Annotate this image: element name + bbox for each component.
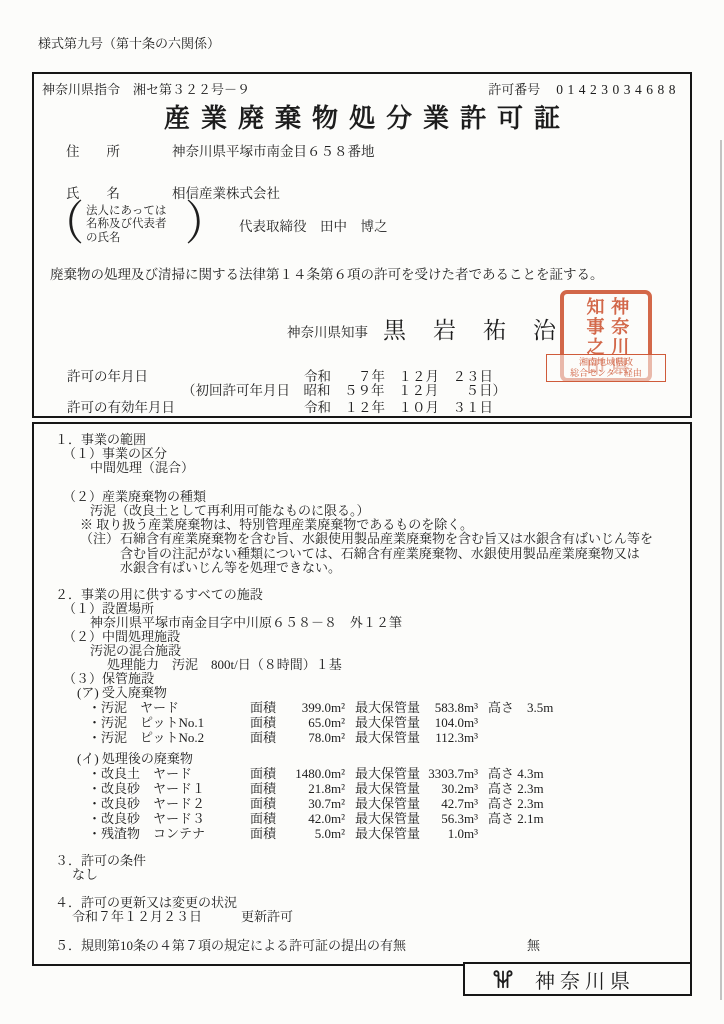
certification-statement: 廃棄物の処理及び清掃に関する法律第１４条第６項の許可を受けた者であることを証する…	[50, 263, 604, 283]
storage-row: ・改良砂 ヤード３ 面積 42.0m² 最大保管量 56.3m³ 高さ 2.1m	[34, 811, 690, 826]
permit-number-value: 01423034688	[556, 82, 680, 98]
routing-stamp-line: 総合センター経由	[548, 368, 664, 379]
area-value: 1480.0m²	[290, 766, 345, 781]
section5-heading: ５．規則第10条の４第７項の規定による許可証の提出の有無	[55, 939, 406, 953]
expiry-date-row: 許可の有効年月日 令和 １２年 １０月 ３１日	[67, 396, 493, 416]
area-value: 65.0m²	[290, 715, 345, 730]
height-value: 高さ 3.5m	[478, 700, 690, 715]
details-box: １．事業の範囲 （１）事業の区分 中間処理（混合） （２）産業廃棄物の種類 汚泥…	[32, 422, 692, 966]
note-line: 石綿含有産業廃棄物を含む旨、水銀使用製品産業廃棄物を含む旨又は水銀含有ばいじん等…	[120, 532, 653, 547]
capacity-label: 最大保管量	[345, 826, 420, 841]
capacity-value: 3303.7m³	[420, 766, 478, 781]
area-label: 面積	[250, 826, 290, 841]
capacity-value: 42.7m³	[420, 796, 478, 811]
note-label: （注）	[80, 532, 120, 576]
storage-name: ・汚泥 ピットNo.2	[88, 730, 250, 745]
storage-row: ・汚泥 ヤード 面積 399.0m² 最大保管量 583.8m³ 高さ 3.5m	[34, 700, 690, 715]
area-label: 面積	[250, 766, 290, 781]
storage-row: ・残渣物 コンテナ 面積 5.0m² 最大保管量 1.0m³	[34, 826, 690, 841]
storage-row: ・改良土 ヤード 面積 1480.0m² 最大保管量 3303.7m³ 高さ 4…	[34, 766, 690, 781]
certificate-box: 神奈川県指令 湘セ第３２２号－９ 許可番号 01423034688 産業廃棄物処…	[32, 72, 692, 418]
storage-row: ・汚泥 ピットNo.2 面積 78.0m² 最大保管量 112.3m³	[34, 730, 690, 745]
storage-name: ・汚泥 ピットNo.1	[88, 715, 250, 730]
height-value	[478, 826, 690, 841]
routing-stamp: 湘南地域県政 総合センター経由	[546, 354, 666, 382]
address-value: 神奈川県平塚市南金目６５８番地	[172, 140, 375, 160]
kanagawa-emblem-icon	[491, 967, 515, 991]
area-label: 面積	[250, 796, 290, 811]
permit-number-group: 許可番号 01423034688	[488, 79, 680, 98]
capacity-value: 30.2m³	[420, 781, 478, 796]
height-value: 高さ 2.3m	[478, 796, 690, 811]
legal-entity-note: 法人にあっては 名称及び代表者 の氏名	[86, 205, 183, 246]
section5-answer: 無	[527, 939, 540, 953]
area-value: 42.0m²	[290, 811, 345, 826]
section1-heading: １．事業の範囲	[34, 433, 690, 447]
routing-stamp-line: 湘南地域県政	[548, 357, 664, 368]
capacity-label: 最大保管量	[345, 715, 420, 730]
license-document: 様式第九号（第十条の六関係） 神奈川県指令 湘セ第３２２号－９ 許可番号 014…	[0, 0, 724, 1024]
capacity-label: 最大保管量	[345, 730, 420, 745]
storage-row: ・改良砂 ヤード２ 面積 30.7m² 最大保管量 42.7m³ 高さ 2.3m	[34, 796, 690, 811]
capacity-value: 104.0m³	[420, 715, 478, 730]
area-label: 面積	[250, 811, 290, 826]
storage-row: ・改良砂 ヤード１ 面積 21.8m² 最大保管量 30.2m³ 高さ 2.3m	[34, 781, 690, 796]
holder-name-row: 氏 名 相信産業株式会社	[66, 182, 280, 202]
storage-name: ・改良砂 ヤード３	[88, 811, 250, 826]
permit-number-label: 許可番号	[488, 79, 540, 98]
section2-heading: ２．事業の用に供するすべての施設	[34, 588, 690, 602]
governor-name: 黒 岩 祐 治	[383, 312, 558, 345]
storage-name: ・改良砂 ヤード１	[88, 781, 250, 796]
note-line: 含む旨の注記がない種類については、石綿含有産業廃棄物、水銀使用製品産業廃棄物又は	[120, 547, 653, 562]
storage-title: （３）保管施設	[34, 672, 690, 686]
representative-value: 代表取締役 田中 博之	[239, 215, 388, 235]
area-value: 21.8m²	[290, 781, 345, 796]
legal-note-line: の氏名	[86, 232, 183, 246]
storage-name: ・改良砂 ヤード２	[88, 796, 250, 811]
capacity-label: 最大保管量	[345, 781, 420, 796]
storage-name: ・汚泥 ヤード	[88, 700, 250, 715]
close-paren: ）	[185, 201, 227, 248]
expiry-date-value: 令和 １２年 １０月 ３１日	[304, 396, 493, 416]
area-value: 399.0m²	[290, 700, 345, 715]
section4-heading: ４．許可の更新又は変更の状況	[34, 896, 690, 910]
area-label: 面積	[250, 715, 290, 730]
area-label: 面積	[250, 730, 290, 745]
intermediate-title: （２）中間処理施設	[34, 630, 690, 644]
prefecture-name: 神奈川県	[535, 965, 635, 994]
expiry-date-label: 許可の有効年月日	[67, 396, 304, 416]
waste-types-value: 汚泥（改良土として再利用可能なものに限る。）	[34, 504, 690, 518]
capacity-label: 最大保管量	[345, 700, 420, 715]
asbestos-note: （注） 石綿含有産業廃棄物を含む旨、水銀使用製品産業廃棄物を含む旨又は水銀含有ば…	[34, 532, 690, 576]
area-value: 30.7m²	[290, 796, 345, 811]
open-paren: （	[42, 201, 84, 248]
renewal-value: 令和７年１２月２３日 更新許可	[34, 910, 690, 924]
location-title: （１）設置場所	[34, 602, 690, 616]
location-value: 神奈川県平塚市南金目字中川原６５８－８ 外１２筆	[34, 616, 690, 630]
legal-note-line: 名称及び代表者	[86, 218, 183, 232]
note-text: 石綿含有産業廃棄物を含む旨、水銀使用製品産業廃棄物を含む旨又は水銀含有ばいじん等…	[120, 532, 653, 576]
intermediate-facility: 汚泥の混合施設	[34, 644, 690, 658]
governor-signature: 神奈川県知事 黒 岩 祐 治	[287, 312, 558, 345]
address-label: 住 所	[66, 140, 172, 160]
conditions-value: なし	[34, 868, 690, 882]
general-note: ※ 取り扱う産業廃棄物は、特別管理産業廃棄物であるものを除く。	[34, 518, 690, 532]
capacity-value: 56.3m³	[420, 811, 478, 826]
storage-name: ・残渣物 コンテナ	[88, 826, 250, 841]
prefecture-footer-box: 神奈川県	[463, 962, 692, 996]
capacity-label: 最大保管量	[345, 811, 420, 826]
capacity-label: 最大保管量	[345, 796, 420, 811]
capacity-value: 112.3m³	[420, 730, 478, 745]
scan-edge-artifact	[720, 140, 722, 1000]
governor-title: 神奈川県知事	[287, 321, 368, 345]
section3-heading: ３．許可の条件	[34, 854, 690, 868]
section5-row: ５．規則第10条の４第７項の規定による許可証の提出の有無 無	[34, 939, 690, 953]
area-label: 面積	[250, 781, 290, 796]
area-value: 78.0m²	[290, 730, 345, 745]
storage-row: ・汚泥 ピットNo.1 面積 65.0m² 最大保管量 104.0m³	[34, 715, 690, 730]
business-division-value: 中間処理（混合）	[34, 461, 690, 475]
certificate-head-row: 神奈川県指令 湘セ第３２２号－９ 許可番号 01423034688	[42, 79, 680, 98]
height-value: 高さ 2.3m	[478, 781, 690, 796]
height-value	[478, 715, 690, 730]
form-number-label: 様式第九号（第十条の六関係）	[38, 33, 220, 52]
area-value: 5.0m²	[290, 826, 345, 841]
capacity-value: 583.8m³	[420, 700, 478, 715]
height-value: 高さ 4.3m	[478, 766, 690, 781]
height-value	[478, 730, 690, 745]
area-label: 面積	[250, 700, 290, 715]
intake-waste-title: (ア) 受入廃棄物	[34, 686, 690, 700]
note-line: 水銀含有ばいじん等を処理できない。	[120, 561, 653, 576]
capacity-value: 1.0m³	[420, 826, 478, 841]
processed-waste-title: (イ) 処理後の廃棄物	[34, 752, 690, 766]
document-title: 産業廃棄物処分業許可証	[34, 98, 690, 135]
storage-name: ・改良土 ヤード	[88, 766, 250, 781]
waste-types-title: （２）産業廃棄物の種類	[34, 490, 690, 504]
capacity-line: 処理能力 汚泥 800t/日（８時間）１基	[34, 658, 690, 672]
legal-entity-row: （ 法人にあっては 名称及び代表者 の氏名 ） 代表取締役 田中 博之	[42, 204, 388, 246]
legal-note-line: 法人にあっては	[86, 205, 183, 219]
address-row: 住 所 神奈川県平塚市南金目６５８番地	[66, 140, 375, 160]
business-division-title: （１）事業の区分	[34, 447, 690, 461]
height-value: 高さ 2.1m	[478, 811, 690, 826]
directive-number: 神奈川県指令 湘セ第３２２号－９	[42, 79, 250, 98]
capacity-label: 最大保管量	[345, 766, 420, 781]
